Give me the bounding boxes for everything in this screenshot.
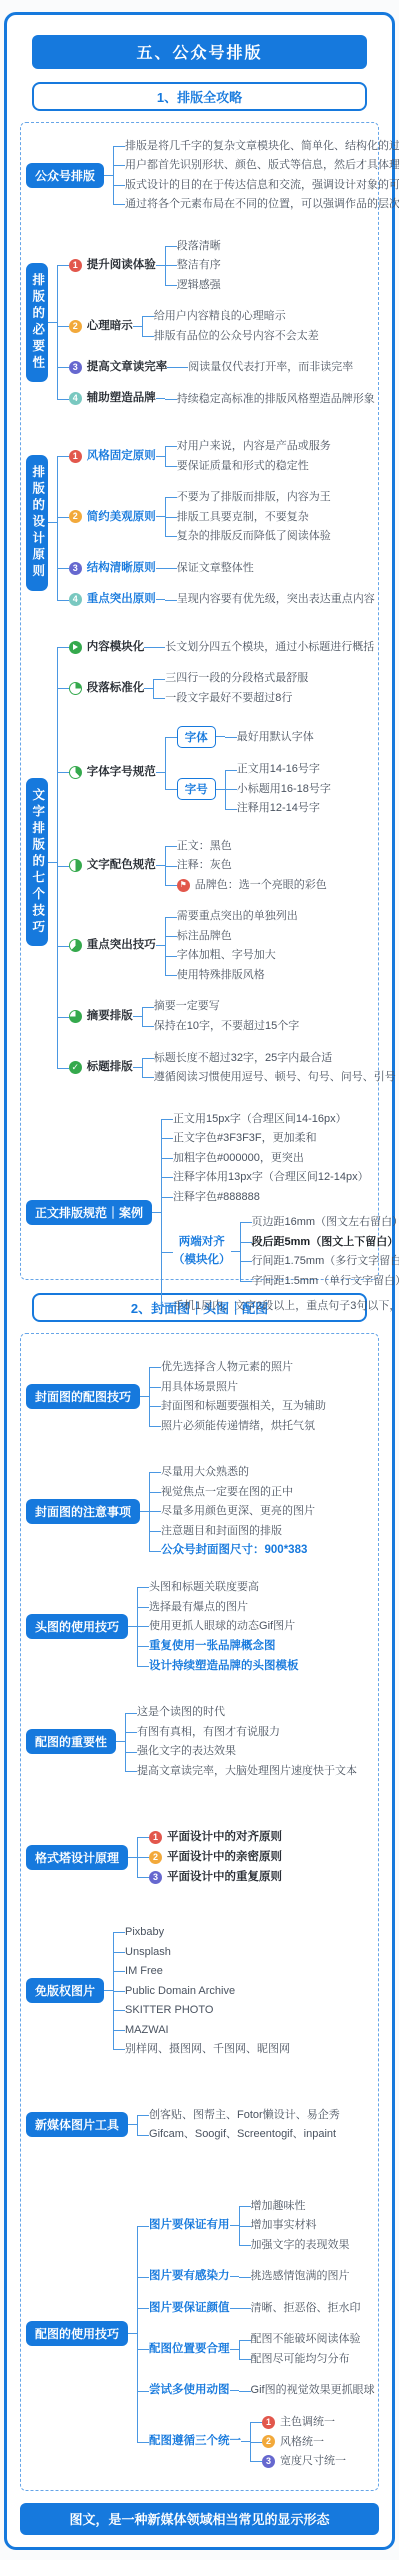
map-node-label: 用具体场景照片 [161, 1380, 238, 1395]
map-child-row: 用具体场景照片 [149, 1377, 372, 1397]
map-children: 保证文章整体性 [165, 558, 372, 578]
map-node-label: 小标题用16-18号字 [237, 782, 331, 797]
map-branch: 配图不能破坏阅读体验 [251, 2332, 372, 2347]
map-node: ⚑品牌色：选一个亮眼的彩色 [177, 878, 327, 893]
map-node-label: 正文用14-16号字 [237, 762, 320, 777]
map-node: 挑选感情饱满的图片 [251, 2269, 350, 2284]
map-child-row: 视觉焦点一定要在图的正中 [149, 1482, 372, 1502]
map-children: 增加趣味性增加事实材料加强文字的表现效果 [239, 2196, 372, 2255]
map-node: Pixbaby [125, 1925, 164, 1940]
map-branch: 排版是将几千字的复杂文章模块化、简单化、结构化的过程 [125, 139, 372, 154]
map-node: 图片要有感染力 [149, 2269, 230, 2284]
map-node: 这是个读图的时代 [137, 1705, 225, 1720]
number-badge-3-icon: 3 [149, 1871, 162, 1884]
map-node: 阅读量仅代表打开率，而非读完率 [188, 360, 353, 375]
map-node-label: 图片要保证颜值 [149, 2301, 230, 2316]
map-node-label: Pixbaby [125, 1925, 164, 1940]
map-node-label: 头图和标题关联度要高 [149, 1580, 259, 1595]
map-branch: IM Free [125, 1964, 372, 1979]
map-node: 正文：黑色 [177, 839, 232, 854]
map-branch: 段后距5mm（图文上下留白） [252, 1235, 372, 1250]
map-branch: 4重点突出原则呈现内容要有优先级，突出表达重点内容 [69, 590, 372, 610]
map-branch: 创客贴、图帮主、Fotor懒设计、易企秀 [149, 2108, 372, 2123]
map-node: 保证文章整体性 [177, 561, 254, 576]
map-branch: 重点突出技巧需要重点突出的单独列出标注品牌色字体加粗、字号加大使用特殊排版风格 [69, 907, 372, 985]
map-child-row: 1提升阅读体验段落清晰整洁有序逻辑感强 [57, 230, 372, 301]
map-node-label: 摘要一定要写 [154, 999, 220, 1014]
map-branch: 强化文字的表达效果 [137, 1744, 372, 1759]
map-node-label: 整洁有序 [177, 258, 221, 273]
map-node-label: 页边距16mm（图文左右留白） [252, 1215, 399, 1230]
map-node-label: 注释：灰色 [177, 858, 232, 873]
map-child-row: 增加趣味性 [239, 2196, 372, 2216]
map-branch: 2心理暗示给用户内容精良的心理暗示排版有品位的公众号内容不会太差 [69, 307, 372, 346]
map-child-row: 注意题目和封面图的排版 [149, 1521, 372, 1541]
map-node-label: 封面图的注意事项 [26, 1499, 140, 1524]
footer-banner: 图文，是一种新媒体领域相当常见的显示形态 [20, 2503, 379, 2535]
map-branch: 用户都首先识别形状、颜色、版式等信息，然后才具体理解文本 [125, 158, 372, 173]
map-node-label: 排版有品位的公众号内容不会太差 [154, 329, 319, 344]
map-children: 头图和标题关联度要高选择最有爆点的图片使用更抓人眼球的动态Gif图片重复使用一张… [137, 1578, 372, 1676]
map-node: 尝试多使用动图 [149, 2383, 230, 2398]
map-branch: 封面图的配图技巧优先选择含人物元素的照片用具体场景照片封面图和标题要强相关，互为… [26, 1347, 372, 1446]
map-child-row: Gifcam、Soogif、Screentogif、inpaint [137, 2125, 372, 2145]
map-node: 选择最有爆点的图片 [149, 1600, 248, 1615]
map-node-label: 提高文章读完率 [87, 360, 168, 375]
map-node-label: 遵循阅读习惯使用逗号、顿号、句号、问号、引号 [154, 1070, 396, 1085]
map-child-row: 图片要保证颜值清晰、拒恶俗、拒水印 [137, 2292, 372, 2324]
map-node-label: 视觉焦点一定要在图的正中 [161, 1485, 293, 1500]
map-node-label: 尽量多用颜色更深、更亮的图片 [161, 1504, 315, 1519]
branch-connector [216, 789, 225, 790]
map-branch: 排版工具要克制，不要复杂 [177, 510, 372, 525]
map-branch: 图片要保证有用增加趣味性增加事实材料加强文字的表现效果 [149, 2196, 372, 2255]
map-node: 头图和标题关联度要高 [149, 1580, 259, 1595]
map-child-row: 注释：灰色 [165, 856, 372, 876]
branch-connector [133, 1016, 142, 1017]
map-branch: 有图有真相，有图才有说服力 [137, 1725, 372, 1740]
map-child-row: 长文划分四五个模块，通过小标题进行概括 [153, 637, 372, 657]
map-branch: 三四行一段的分段格式最舒服 [165, 671, 372, 686]
map-child-row: 配图遵循三个统一1主色调统一2风格统一3宽度尺寸统一 [137, 2406, 372, 2477]
map-node: Public Domain Archive [125, 1984, 235, 1999]
map-node-label: 配图位置要合理 [149, 2342, 230, 2357]
map-branch: 注释字体用13px字（合理区间12-14px） [173, 1170, 372, 1185]
map-branch: Public Domain Archive [125, 1984, 372, 1999]
map-node-label: 辅助塑造品牌 [87, 391, 156, 406]
branch-connector [156, 398, 165, 399]
map-node: 3平面设计中的重复原则 [149, 1870, 282, 1885]
number-badge-2-icon: 2 [149, 1851, 162, 1864]
map-node: 视觉焦点一定要在图的正中 [161, 1485, 293, 1500]
map-branch: 字体最好用默认字体 [177, 726, 372, 748]
map-node-label: 格式塔设计原理 [26, 1845, 128, 1870]
map-node: 尽量用大众熟悉的 [161, 1465, 249, 1480]
map-child-row: 段后距5mm（图文上下留白） [240, 1232, 372, 1252]
map-child-row: 封面图和标题要强相关，互为辅助 [149, 1397, 372, 1417]
map-child-row: 2简约美观原则不要为了排版而排版，内容为王排版工具要克制，不要复杂复杂的排版反而… [57, 482, 372, 553]
branch-connector [216, 736, 225, 737]
map-child-row: Public Domain Archive [113, 1981, 372, 2001]
map-node: 整洁有序 [177, 258, 221, 273]
map-branch: 阅读量仅代表打开率，而非读完率 [188, 360, 372, 375]
map-node-label: 排版的设计原则 [26, 455, 48, 591]
map-node: 排版的必要性 [26, 263, 48, 382]
branch-connector [230, 2349, 239, 2350]
branch-connector [156, 568, 165, 569]
map-branch: 头图的使用技巧头图和标题关联度要高选择最有爆点的图片使用更抓人眼球的动态Gif图… [26, 1577, 372, 1676]
map-node-label: 配图遵循三个统一 [149, 2434, 241, 2449]
map-node: 3结构清晰原则 [69, 561, 156, 576]
map-node: 新媒体图片工具 [26, 2112, 128, 2137]
map-node: 3提高文章读完率 [69, 360, 168, 375]
map-children: 内容模块化长文划分四五个模块，通过小标题进行概括段落标准化三四行一段的分段格式最… [57, 631, 372, 1093]
map-child-row: 重点突出技巧需要重点突出的单独列出标注品牌色字体加粗、字号加大使用特殊排版风格 [57, 901, 372, 991]
map-node-label: 清晰、拒恶俗、拒水印 [251, 2301, 361, 2316]
map-node: 配图的使用技巧 [26, 2321, 128, 2346]
map-branch: 正文：黑色 [177, 839, 372, 854]
map-child-row: 加粗字色#000000，更突出 [161, 1148, 372, 1168]
map-node-label: 设计持续塑造品牌的头图模板 [149, 1659, 299, 1674]
map-child-row: 排版是将几千字的复杂文章模块化、简单化、结构化的过程 [113, 136, 372, 156]
map-branch: 排版的必要性1提升阅读体验段落清晰整洁有序逻辑感强2心理暗示给用户内容精良的心理… [26, 230, 372, 415]
map-node: 1提升阅读体验 [69, 258, 156, 273]
map-node-label: 增加趣味性 [251, 2199, 306, 2214]
map-branch: 遵循阅读习惯使用逗号、顿号、句号、问号、引号 [154, 1070, 372, 1085]
map-child-row: 配图尽可能均匀分布 [239, 2349, 372, 2369]
map-child-row: 图片要保证有用增加趣味性增加事实材料加强文字的表现效果 [137, 2190, 372, 2261]
map-branch: 最好用默认字体 [237, 730, 372, 745]
map-branch: 保持在10字，不要超过15个字 [154, 1019, 372, 1034]
branch-connector [167, 367, 176, 368]
map-node-label: 尽量用大众熟悉的 [161, 1465, 249, 1480]
map-node: 配图遵循三个统一 [149, 2434, 241, 2449]
map-child-row: 字间距1.5mm（单行文字留白） [240, 1271, 372, 1291]
map-branch: 字体字号规范字体最好用默认字体字号正文用14-16号字小标题用16-18号字注释… [69, 720, 372, 825]
map-node-label: 提升阅读体验 [87, 258, 156, 273]
map-node-label: 摘要排版 [87, 1009, 133, 1024]
map-child-row: 一段文字最好不要超过8行 [153, 688, 372, 708]
branch-connector [140, 1511, 149, 1512]
map-node: 加粗字色#000000，更突出 [173, 1151, 304, 1166]
map-node-label: 重点突出技巧 [87, 938, 156, 953]
map-children: 创客贴、图帮主、Fotor懒设计、易企秀Gifcam、Soogif、Screen… [137, 2105, 372, 2144]
map-node-label: 保持在10字，不要超过15个字 [154, 1019, 299, 1034]
map-branch: 注释：灰色 [177, 858, 372, 873]
branch-connector [133, 326, 142, 327]
map-node-label: 版式设计的目的在于传达信息和交流，强调设计对象的可读性和易读性 [125, 178, 399, 193]
map-node: 段后距5mm（图文上下留白） [252, 1235, 399, 1250]
map-node: 正文排版规范｜案例 [26, 1200, 152, 1225]
map-node: 照片必须能传递情绪，烘托气氛 [161, 1419, 315, 1434]
map-node: 用具体场景照片 [161, 1380, 238, 1395]
map-node-label: 创客贴、图帮主、Fotor懒设计、易企秀 [149, 2108, 340, 2123]
map-branch: 别样网、摄图网、千图网、昵图网 [125, 2042, 372, 2057]
map-child-row: 加强文字的表现效果 [239, 2235, 372, 2255]
map-node: 要保证质量和形式的稳定性 [177, 459, 309, 474]
map-node: 创客贴、图帮主、Fotor懒设计、易企秀 [149, 2108, 340, 2123]
map-branch: 正文用15px字（合理区间14-16px） [173, 1112, 372, 1127]
map-node: 2平面设计中的亲密原则 [149, 1850, 282, 1865]
map-child-row: 图片要有感染力挑选感情饱满的图片 [137, 2261, 372, 2293]
map-node-label: 增加事实材料 [251, 2218, 317, 2233]
map-child-row: 增加事实材料 [239, 2216, 372, 2236]
map-branch: 公众号排版排版是将几千字的复杂文章模块化、简单化、结构化的过程用户都首先识别形状… [26, 136, 372, 214]
map-child-row: 排版工具要克制，不要复杂 [165, 507, 372, 527]
map-node-label: 重复使用一张品牌概念图 [149, 1639, 276, 1654]
map-children: 给用户内容精良的心理暗示排版有品位的公众号内容不会太差 [142, 307, 372, 346]
map-branch: 正文排版规范｜案例正文用15px字（合理区间14-16px）正文字色#3F3F3… [26, 1109, 372, 1316]
map-node-label: 公众号封面图尺寸：900*383 [161, 1543, 307, 1558]
map-branch: 选择最有爆点的图片 [149, 1600, 372, 1615]
branch-connector [128, 1626, 137, 1627]
map-node: 2风格统一 [262, 2435, 324, 2450]
map-node-label: 头图的使用技巧 [26, 1614, 128, 1639]
map-child-row: SKITTER PHOTO [113, 2001, 372, 2021]
map-node: 复杂的排版反而降低了阅读体验 [177, 529, 331, 544]
map-node: 加强文字的表现效果 [251, 2238, 350, 2253]
map-node: 小标题用16-18号字 [237, 782, 331, 797]
map-branch: 优先选择含人物元素的照片 [161, 1360, 372, 1375]
map-branch: 照片必须能传递情绪，烘托气氛 [161, 1419, 372, 1434]
map-node: 重点突出技巧 [69, 938, 156, 953]
map-node: 1风格固定原则 [69, 449, 156, 464]
map-child-row: 这是个读图的时代 [125, 1703, 372, 1723]
map-node-label: 逻辑感强 [177, 278, 221, 293]
map-children: 段落清晰整洁有序逻辑感强 [165, 236, 372, 295]
branch-connector [230, 2276, 239, 2277]
map-child-row: 整洁有序 [165, 256, 372, 276]
map-branch: 段落标准化三四行一段的分段格式最舒服一段文字最好不要超过8行 [69, 669, 372, 708]
map-node-label: IM Free [125, 1964, 163, 1979]
map-node-label: 标注品牌色 [177, 929, 232, 944]
number-badge-1-icon: 1 [69, 450, 82, 463]
map-child-row: 文字配色规范正文：黑色注释：灰色⚑品牌色：选一个亮眼的彩色 [57, 830, 372, 901]
map-branch: Gif图的视觉效果更抓眼球 [251, 2383, 372, 2398]
map-children: 优先选择含人物元素的照片用具体场景照片封面图和标题要强相关，互为辅助照片必须能传… [149, 1358, 372, 1436]
branch-connector [230, 2390, 239, 2391]
map-node-label: 要保证质量和形式的稳定性 [177, 459, 309, 474]
infographic-page: 五、公众号排版 1、排版全攻略 公众号排版排版是将几千字的复杂文章模块化、简单化… [0, 0, 399, 2560]
number-badge-4-icon: 4 [69, 593, 82, 606]
map-node-label: 提高文章读完率，大脑处理图片速度快于文本 [137, 1764, 357, 1779]
map-child-row: 配图不能破坏阅读体验 [239, 2330, 372, 2350]
map-child-row: 正文用14-16号字 [225, 760, 372, 780]
map-node: 配图位置要合理 [149, 2342, 230, 2357]
map-node-label: 字号 [177, 778, 216, 800]
map-node-label: 使用特殊排版风格 [177, 968, 265, 983]
map-children: 最好用默认字体 [225, 727, 372, 747]
map-node-label: 注意题目和封面图的排版 [161, 1524, 282, 1539]
map-child-row: 创客贴、图帮主、Fotor懒设计、易企秀 [137, 2105, 372, 2125]
map-child-row: 正文字色#3F3F3F，更加柔和 [161, 1129, 372, 1149]
map-branch: 1风格固定原则对用户来说，内容是产品或服务要保证质量和形式的稳定性 [69, 437, 372, 476]
map-node-label: 字间距1.5mm（单行文字留白） [252, 1274, 399, 1289]
map-child-row: 持续稳定高标准的排版风格塑造品牌形象 [165, 389, 372, 409]
map-children: 长文划分四五个模块，通过小标题进行概括 [153, 637, 372, 657]
map-branch: 格式塔设计原理1平面设计中的对齐原则2平面设计中的亲密原则3平面设计中的重复原则 [26, 1808, 372, 1907]
map-branch: 持续稳定高标准的排版风格塑造品牌形象 [177, 392, 372, 407]
map-branch: 不要为了排版而排版，内容为王 [177, 490, 372, 505]
map-child-row: 3结构清晰原则保证文章整体性 [57, 552, 372, 584]
map-branch: 排版有品位的公众号内容不会太差 [154, 329, 372, 344]
branch-connector [230, 2225, 239, 2226]
map-node-label: Unsplash [125, 1945, 171, 1960]
map-child-row: 1主色调统一 [250, 2412, 372, 2432]
map-node: 内容模块化 [69, 640, 145, 655]
map-branch: 尝试多使用动图Gif图的视觉效果更抓眼球 [149, 2381, 372, 2401]
map-branch: 字间距1.5mm（单行文字留白） [252, 1274, 372, 1289]
map-child-row: 4辅助塑造品牌持续稳定高标准的排版风格塑造品牌形象 [57, 383, 372, 415]
map-node: 配图尽可能均匀分布 [251, 2352, 350, 2367]
map-branch: 呈现内容要有优先级，突出表达重点内容 [177, 592, 372, 607]
map-child-row: 3平面设计中的重复原则 [137, 1867, 372, 1887]
map-node: 优先选择含人物元素的照片 [161, 1360, 293, 1375]
map-child-row: IM Free [113, 1962, 372, 1982]
map-branch: 小标题用16-18号字 [237, 782, 372, 797]
map-child-row: 手机1屏内，文字2段以上，重点句子3句以下，颜色不超过3种 [161, 1297, 372, 1317]
map-children: PixbabyUnsplashIM FreePublic Domain Arch… [113, 1923, 372, 2060]
map-branch: 配图遵循三个统一1主色调统一2风格统一3宽度尺寸统一 [149, 2412, 372, 2471]
map-child-row: 4重点突出原则呈现内容要有优先级，突出表达重点内容 [57, 584, 372, 616]
map-node-label: 正文用15px字（合理区间14-16px） [173, 1112, 347, 1127]
map-node-label: 注释字体用13px字（合理区间12-14px） [173, 1170, 369, 1185]
map-branch: 文字配色规范正文：黑色注释：灰色⚑品牌色：选一个亮眼的彩色 [69, 836, 372, 895]
map-node-label: 新媒体图片工具 [26, 2112, 128, 2137]
number-badge-1-icon: 1 [262, 2416, 275, 2429]
map-node-label: 宽度尺寸统一 [280, 2454, 346, 2469]
map-branch: 免版权图片PixbabyUnsplashIM FreePublic Domain… [26, 1923, 372, 2060]
map-node-label: 持续稳定高标准的排版风格塑造品牌形象 [177, 392, 375, 407]
map-node: 图片要保证有用 [149, 2218, 230, 2233]
map-child-row: 字号正文用14-16号字小标题用16-18号字注释用12-14号字 [165, 754, 372, 825]
map-branch: 页边距16mm（图文左右留白） [252, 1215, 372, 1230]
map-node: 增加趣味性 [251, 2199, 306, 2214]
map-node-label: 正文排版规范｜案例 [26, 1200, 152, 1225]
task-done-icon: ✓ [69, 1061, 82, 1074]
map-branch: 注意题目和封面图的排版 [161, 1524, 372, 1539]
map-node-label: 给用户内容精良的心理暗示 [154, 309, 286, 324]
map-node-label: 注释字色#888888 [173, 1190, 260, 1205]
map-node: ✓标题排版 [69, 1060, 133, 1075]
map-branch: 1平面设计中的对齐原则 [149, 1830, 372, 1845]
map-child-row: 尽量多用颜色更深、更亮的图片 [149, 1502, 372, 1522]
map-branch: 尽量多用颜色更深、更亮的图片 [161, 1504, 372, 1519]
map-node: MAZWAI [125, 2023, 169, 2038]
map-node: 公众号排版 [26, 163, 104, 188]
map-node: 三四行一段的分段格式最舒服 [165, 671, 308, 686]
map-child-row: Gif图的视觉效果更抓眼球 [239, 2381, 372, 2401]
map-node: 对用户来说，内容是产品或服务 [177, 439, 331, 454]
map-node-label: 段落清晰 [177, 239, 221, 254]
map-node-label: 有图有真相，有图才有说服力 [137, 1725, 280, 1740]
map-node: 逻辑感强 [177, 278, 221, 293]
map-node-label: 阅读量仅代表打开率，而非读完率 [188, 360, 353, 375]
map-node: 标题长度不超过32字，25字内最合适 [154, 1051, 332, 1066]
map-branch: 设计持续塑造品牌的头图模板 [149, 1659, 372, 1674]
map-node: 手机1屏内，文字2段以上，重点句子3句以下，颜色不超过3种 [173, 1299, 399, 1314]
map-node: 注释字体用13px字（合理区间12-14px） [173, 1170, 369, 1185]
map-child-row: 三四行一段的分段格式最舒服 [153, 669, 372, 689]
map-node: 别样网、摄图网、千图网、昵图网 [125, 2042, 290, 2057]
map-child-row: 需要重点突出的单独列出 [165, 907, 372, 927]
map-node-label: 简约美观原则 [87, 510, 156, 525]
map-children: 1平面设计中的对齐原则2平面设计中的亲密原则3平面设计中的重复原则 [137, 1827, 372, 1887]
map-node-label: 封面图的配图技巧 [26, 1384, 140, 1409]
map-node: 保持在10字，不要超过15个字 [154, 1019, 299, 1034]
map-children: 挑选感情饱满的图片 [239, 2267, 372, 2287]
map-child-row: 版式设计的目的在于传达信息和交流，强调设计对象的可读性和易读性 [113, 175, 372, 195]
map-branch: 要保证质量和形式的稳定性 [177, 459, 372, 474]
map-child-row: 段落清晰 [165, 236, 372, 256]
map-node: 摘要一定要写 [154, 999, 220, 1014]
map-child-row: 1风格固定原则对用户来说，内容是产品或服务要保证质量和形式的稳定性 [57, 431, 372, 482]
map-node-label: 呈现内容要有优先级，突出表达重点内容 [177, 592, 375, 607]
map-child-row: 复杂的排版反而降低了阅读体验 [165, 527, 372, 547]
branch-connector [48, 862, 57, 863]
map-node: 段落清晰 [177, 239, 221, 254]
map-node-label: 平面设计中的重复原则 [167, 1870, 282, 1885]
map-branch: 图片要保证颜值清晰、拒恶俗、拒水印 [149, 2298, 372, 2318]
map-branch: 标注品牌色 [177, 929, 372, 944]
number-badge-2-icon: 2 [69, 320, 82, 333]
map-child-row: Pixbaby [113, 1923, 372, 1943]
map-node-label: 图片要保证有用 [149, 2218, 230, 2233]
map-node: 需要重点突出的单独列出 [177, 909, 298, 924]
map-node: 使用更抓人眼球的动态Gif图片 [149, 1619, 295, 1634]
map-node-label: Gifcam、Soogif、Screentogif、inpaint [149, 2127, 336, 2142]
map-branch: 版式设计的目的在于传达信息和交流，强调设计对象的可读性和易读性 [125, 178, 372, 193]
map-branch: 需要重点突出的单独列出 [177, 909, 372, 924]
map-child-row: 两端对齐 （模块化）页边距16mm（图文左右留白）段后距5mm（图文上下留白）行… [161, 1207, 372, 1297]
map-node: 两端对齐 （模块化） [173, 1234, 231, 1269]
map-node: 格式塔设计原理 [26, 1845, 128, 1870]
map-node: 清晰、拒恶俗、拒水印 [251, 2301, 361, 2316]
map-children: 正文用14-16号字小标题用16-18号字注释用12-14号字 [225, 760, 372, 819]
map-node: 封面图和标题要强相关，互为辅助 [161, 1399, 326, 1414]
map-branch: 内容模块化长文划分四五个模块，通过小标题进行概括 [69, 637, 372, 657]
map-children: 这是个读图的时代有图有真相，有图才有说服力强化文字的表达效果提高文章读完率，大脑… [125, 1703, 372, 1781]
branch-connector [144, 688, 153, 689]
map-node: 页边距16mm（图文左右留白） [252, 1215, 399, 1230]
map-node: 4重点突出原则 [69, 592, 156, 607]
map-node: 最好用默认字体 [237, 730, 314, 745]
map-child-row: 注释字体用13px字（合理区间12-14px） [161, 1168, 372, 1188]
map-node: 封面图的注意事项 [26, 1499, 140, 1524]
branch-connector [156, 865, 165, 866]
map-node-label: 这是个读图的时代 [137, 1705, 225, 1720]
map-branch: 1提升阅读体验段落清晰整洁有序逻辑感强 [69, 236, 372, 295]
map-node: SKITTER PHOTO [125, 2003, 213, 2018]
map-node: 注意题目和封面图的排版 [161, 1524, 282, 1539]
map-branch: 通过将各个元素布局在不同的位置，可以强调作品的层次感 [125, 197, 372, 212]
map-node-label: 加粗字色#000000，更突出 [173, 1151, 304, 1166]
map-node: Gif图的视觉效果更抓眼球 [251, 2383, 375, 2398]
map-branch: 3平面设计中的重复原则 [149, 1870, 372, 1885]
task-progress-icon [69, 766, 82, 779]
map-node: 字体 [177, 726, 216, 748]
map-node: 字间距1.5mm（单行文字留白） [252, 1274, 399, 1289]
brand-flag-icon: ⚑ [177, 879, 190, 892]
map-node: 头图的使用技巧 [26, 1614, 128, 1639]
map-children: 尽量用大众熟悉的视觉焦点一定要在图的正中尽量多用颜色更深、更亮的图片注意题目和封… [149, 1463, 372, 1561]
map-branch: 2平面设计中的亲密原则 [149, 1850, 372, 1865]
map-branch: 正文用14-16号字 [237, 762, 372, 777]
branch-connector [152, 1212, 161, 1213]
map-node: 图片要保证颜值 [149, 2301, 230, 2316]
map-children: 摘要一定要写保持在10字，不要超过15个字 [142, 997, 372, 1036]
map-node-label: 尝试多使用动图 [149, 2383, 230, 2398]
